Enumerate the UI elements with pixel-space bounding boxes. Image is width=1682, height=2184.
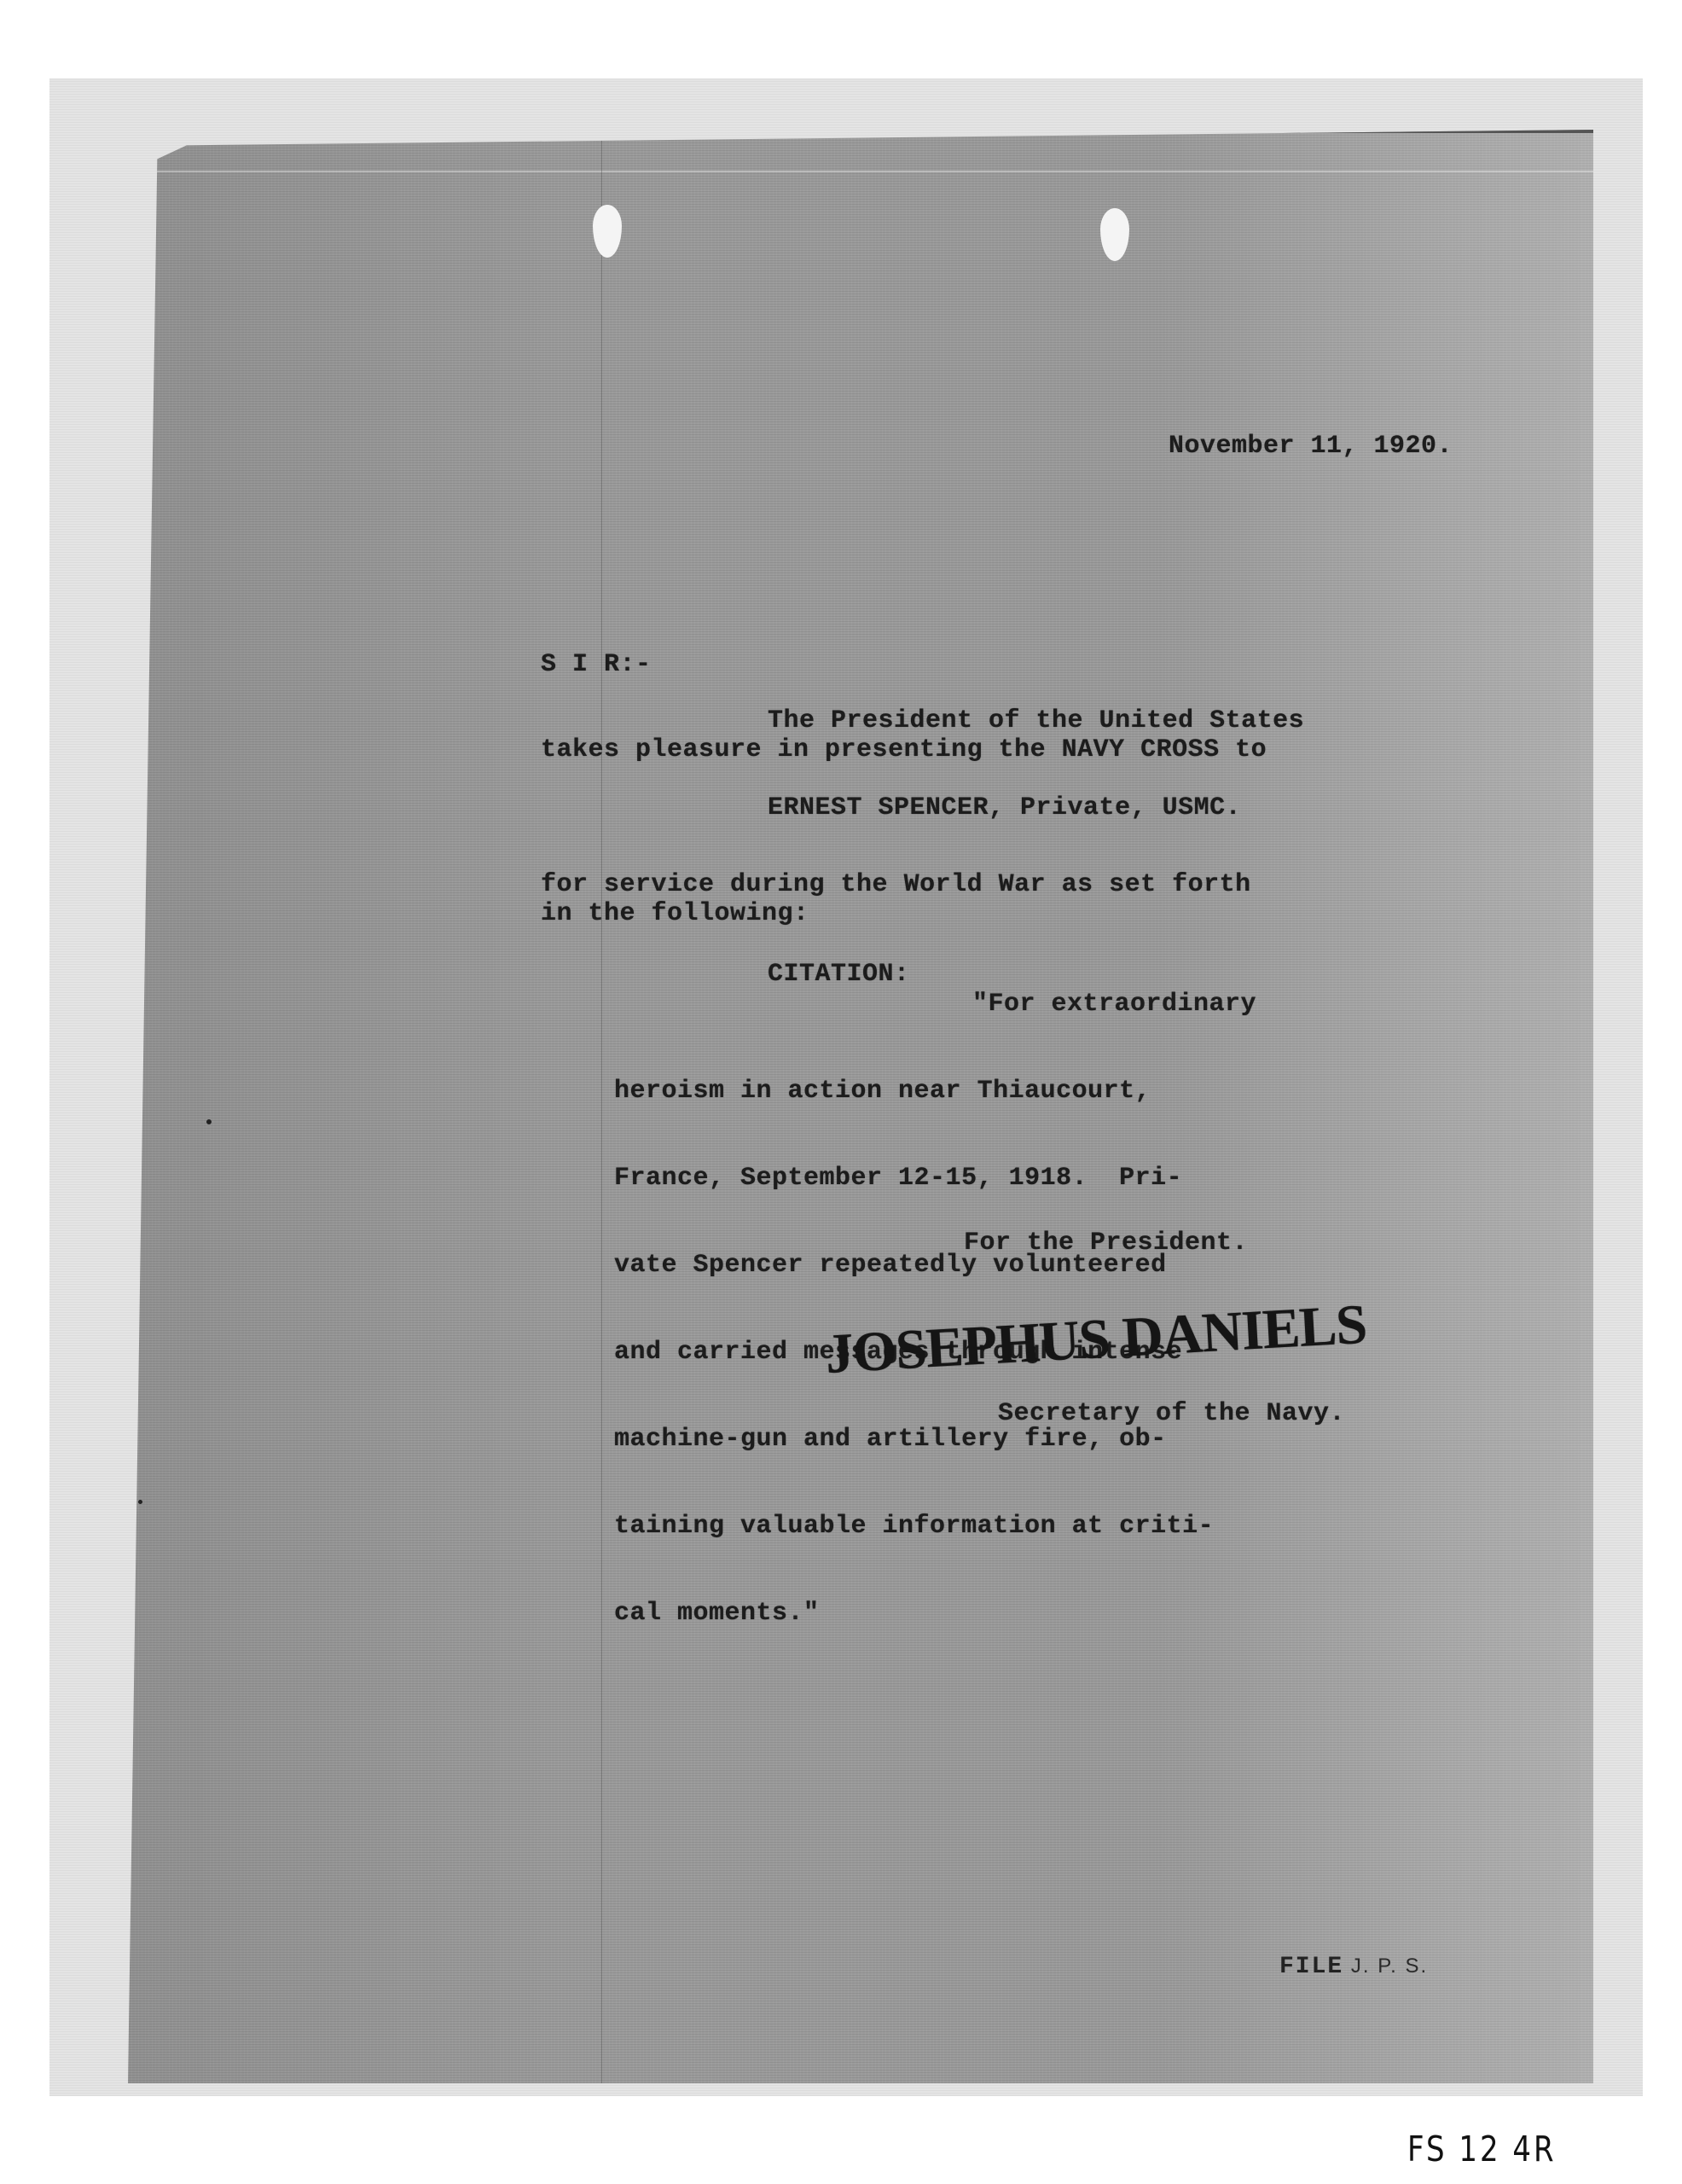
file-stamp-initials: J. P. S. <box>1351 1955 1428 1978</box>
archive-handwritten-mark: FS 12 4R <box>1407 2129 1557 2170</box>
ink-speck <box>206 1119 212 1124</box>
body-line-1: The President of the United States <box>768 706 1304 735</box>
body-line-3: for service during the World War as set … <box>541 870 1251 899</box>
paper-crease <box>128 171 1593 172</box>
punch-hole-icon <box>593 205 622 258</box>
fold-line <box>601 130 602 2083</box>
citation-line: heroism in action near Thiaucourt, <box>614 1077 1214 1106</box>
body-line-2: takes pleasure in presenting the NAVY CR… <box>541 735 1267 764</box>
citation-line: machine-gun and artillery fire, ob- <box>614 1425 1214 1454</box>
signer-title: Secretary of the Navy. <box>998 1399 1345 1428</box>
body-line-4: in the following: <box>541 899 809 928</box>
citation-line: cal moments." <box>614 1599 1214 1628</box>
citation-line: taining valuable information at criti- <box>614 1512 1214 1541</box>
punch-hole-icon <box>1100 208 1129 261</box>
file-stamp: FILE J. P. S. <box>1279 1954 1428 1980</box>
citation-label: CITATION: <box>768 960 910 989</box>
closing-line: For the President. <box>964 1228 1248 1258</box>
citation-line: France, September 12-15, 1918. Pri- <box>614 1164 1214 1193</box>
salutation: S I R:- <box>541 650 652 679</box>
letter-date: November 11, 1920. <box>1169 432 1453 461</box>
file-stamp-word: FILE <box>1279 1954 1343 1980</box>
recipient-name: ERNEST SPENCER, Private, USMC. <box>768 793 1241 822</box>
citation-opening: "For extraordinary <box>972 990 1256 1019</box>
ink-speck <box>138 1500 142 1504</box>
